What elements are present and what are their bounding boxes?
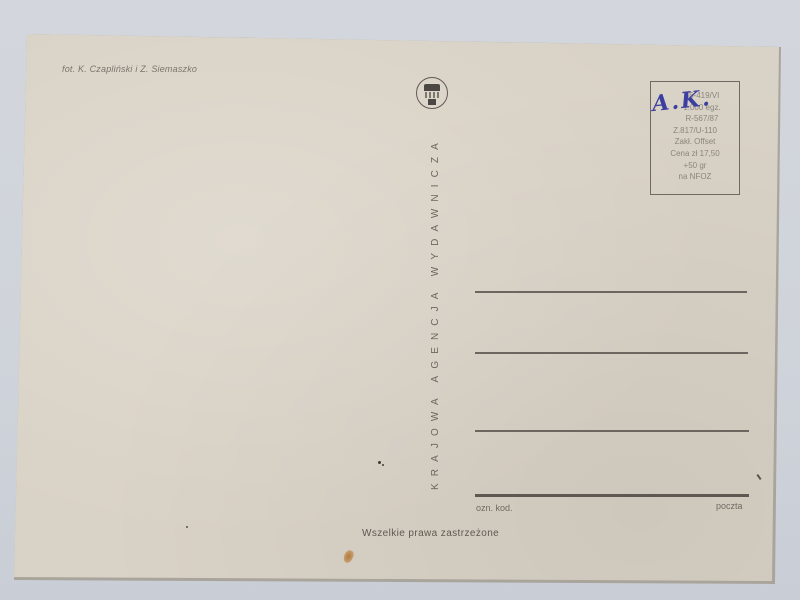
logo-bottom-shape <box>428 99 436 105</box>
stamp-line: na NFOZ <box>651 171 739 183</box>
address-line-2 <box>475 352 748 354</box>
address-line-1 <box>475 291 747 293</box>
photo-scene: fot. K. Czapliński i Z. Siemaszko KRAJOW… <box>0 0 800 600</box>
publisher-vertical-text: KRAJOWA AGENCJA WYDAWNICZA <box>430 136 441 490</box>
ink-speck <box>186 526 188 528</box>
ink-speck <box>382 464 384 466</box>
stamp-line: Zakł. Offset <box>651 136 739 148</box>
postal-code-label: ozn. kod. <box>476 503 513 513</box>
kaw-logo-icon <box>416 77 448 109</box>
stamp-line: Cena zł 17,50 <box>651 148 739 160</box>
post-office-label: poczta <box>716 501 743 511</box>
postcard-back: fot. K. Czapliński i Z. Siemaszko KRAJOW… <box>0 0 800 600</box>
pencil-mark <box>756 474 761 480</box>
stamp-line: Z.817/U-110 <box>651 125 739 137</box>
stamp-line: +50 gr <box>651 160 739 172</box>
logo-mid-shape <box>425 92 439 98</box>
ink-speck <box>378 461 381 464</box>
stain-mark <box>342 549 356 565</box>
rights-notice: Wszelkie prawa zastrzeżone <box>362 528 499 539</box>
logo-top-shape <box>424 84 440 91</box>
address-line-postal <box>475 494 749 497</box>
photo-credit: fot. K. Czapliński i Z. Siemaszko <box>62 64 197 74</box>
address-line-3 <box>475 430 749 432</box>
